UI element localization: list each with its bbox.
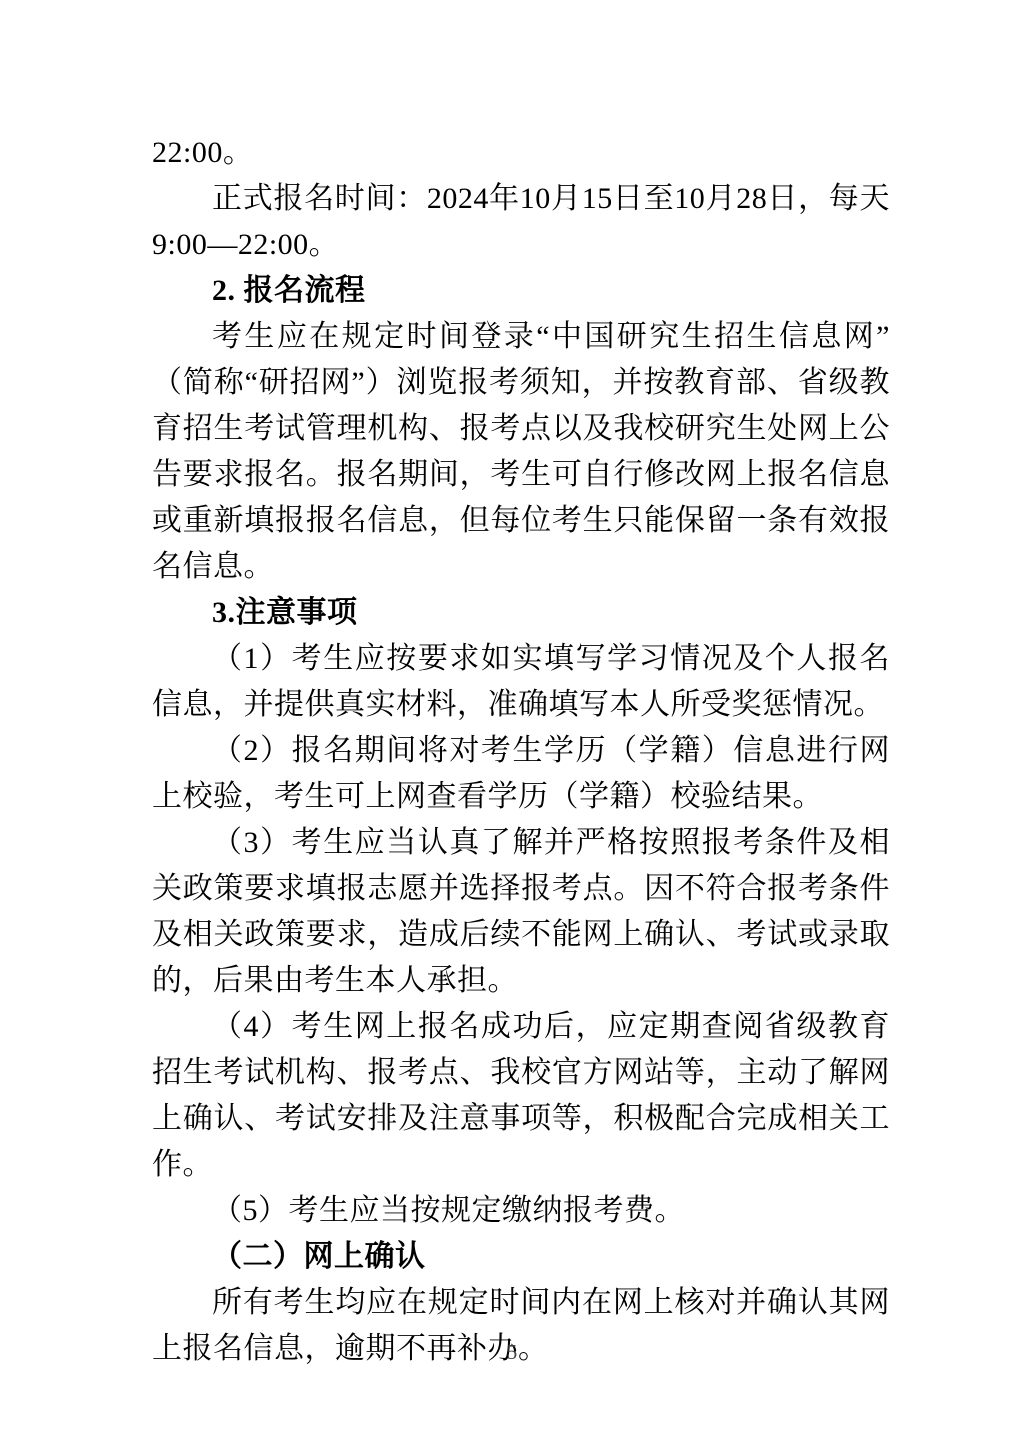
- heading-notes: 3.注意事项: [152, 590, 890, 636]
- paragraph-registration-time: 正式报名时间：2024年10月15日至10月28日，每天9:00—22:00。: [152, 176, 890, 268]
- heading-online-confirmation: （二）网上确认: [152, 1234, 890, 1280]
- heading-registration-process: 2. 报名流程: [152, 268, 890, 314]
- paragraph-registration-process: 考生应在规定时间登录“中国研究生招生信息网”（简称“研招网”）浏览报考须知，并按…: [152, 314, 890, 590]
- paragraph-note-5: （5）考生应当按规定缴纳报考费。: [152, 1188, 890, 1234]
- document-page: 22:00。 正式报名时间：2024年10月15日至10月28日，每天9:00—…: [0, 0, 1024, 1448]
- paragraph-note-3: （3）考生应当认真了解并严格按照报考条件及相关政策要求填报志愿并选择报考点。因不…: [152, 820, 890, 1004]
- page-number: 5: [0, 1340, 1024, 1365]
- paragraph-continuation: 22:00。: [152, 130, 890, 176]
- paragraph-note-1: （1）考生应按要求如实填写学习情况及个人报名信息，并提供真实材料，准确填写本人所…: [152, 636, 890, 728]
- paragraph-note-2: （2）报名期间将对考生学历（学籍）信息进行网上校验，考生可上网查看学历（学籍）校…: [152, 728, 890, 820]
- document-body: 22:00。 正式报名时间：2024年10月15日至10月28日，每天9:00—…: [152, 130, 890, 1372]
- paragraph-note-4: （4）考生网上报名成功后，应定期查阅省级教育招生考试机构、报考点、我校官方网站等…: [152, 1004, 890, 1188]
